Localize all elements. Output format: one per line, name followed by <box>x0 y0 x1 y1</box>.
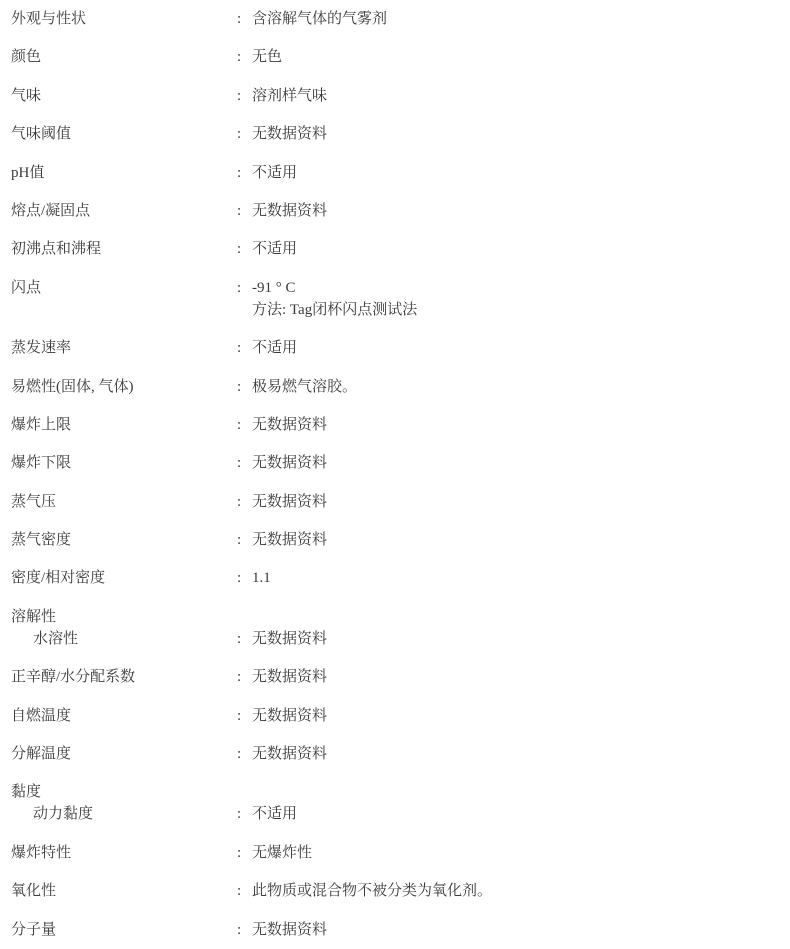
property-label: 爆炸特性 <box>11 842 237 864</box>
property-label: 蒸发速率 <box>11 337 237 359</box>
property-value: 极易燃气溶胶。 <box>252 376 780 398</box>
property-row: 外观与性状 : 含溶解气体的气雾剂 <box>11 8 780 30</box>
document-page: 外观与性状 : 含溶解气体的气雾剂 颜色 : 无色 气味 : 溶剂样气味 气味阈… <box>0 0 790 949</box>
property-label: 分子量 <box>11 919 237 941</box>
property-label: 闪点 <box>11 277 237 299</box>
colon-separator: : <box>237 567 252 589</box>
colon-separator: : <box>237 842 252 864</box>
colon-separator: : <box>237 200 252 222</box>
colon-separator: : <box>237 8 252 30</box>
property-label: 分解温度 <box>11 743 237 765</box>
property-label: 动力黏度 <box>11 803 237 825</box>
properties-list: 外观与性状 : 含溶解气体的气雾剂 颜色 : 无色 气味 : 溶剂样气味 气味阈… <box>0 0 790 941</box>
property-label: 蒸气压 <box>11 491 237 513</box>
property-value: 溶剂样气味 <box>252 85 780 107</box>
property-value: 无数据资料 <box>252 919 780 941</box>
property-row: 正辛醇/水分配系数 : 无数据资料 <box>11 666 780 688</box>
property-label: 氧化性 <box>11 880 237 902</box>
property-row: 蒸气压 : 无数据资料 <box>11 491 780 513</box>
colon-separator: : <box>237 919 252 941</box>
property-group: 溶解性 水溶性 : 无数据资料 <box>11 606 780 650</box>
colon-separator: : <box>237 628 252 650</box>
property-label: 初沸点和沸程 <box>11 238 237 260</box>
property-value: 无数据资料 <box>252 452 780 474</box>
colon-separator: : <box>237 705 252 727</box>
property-value: 含溶解气体的气雾剂 <box>252 8 780 30</box>
property-row: 爆炸特性 : 无爆炸性 <box>11 842 780 864</box>
property-value: 1.1 <box>252 567 780 589</box>
property-label: 水溶性 <box>11 628 237 650</box>
property-label: 颜色 <box>11 46 237 68</box>
colon-separator: : <box>237 46 252 68</box>
property-row: 闪点 : -91 ° C 方法: Tag闭杯闪点测试法 <box>11 277 780 321</box>
property-row: 气味 : 溶剂样气味 <box>11 85 780 107</box>
colon-separator: : <box>237 743 252 765</box>
property-row: 分子量 : 无数据资料 <box>11 919 780 941</box>
property-value: 无数据资料 <box>252 123 780 145</box>
property-row: 氧化性 : 此物质或混合物不被分类为氧化剂。 <box>11 880 780 902</box>
property-value: 无数据资料 <box>252 705 780 727</box>
property-label: 自燃温度 <box>11 705 237 727</box>
property-label: pH值 <box>11 162 237 184</box>
property-label: 蒸气密度 <box>11 529 237 551</box>
property-group: 黏度 动力黏度 : 不适用 <box>11 781 780 825</box>
property-row: 爆炸上限 : 无数据资料 <box>11 414 780 436</box>
property-value: 无数据资料 <box>252 666 780 688</box>
colon-separator: : <box>237 491 252 513</box>
property-label: 密度/相对密度 <box>11 567 237 589</box>
property-label: 外观与性状 <box>11 8 237 30</box>
property-row: 熔点/凝固点 : 无数据资料 <box>11 200 780 222</box>
colon-separator: : <box>237 376 252 398</box>
property-row: 爆炸下限 : 无数据资料 <box>11 452 780 474</box>
colon-separator: : <box>237 238 252 260</box>
property-row: 蒸气密度 : 无数据资料 <box>11 529 780 551</box>
property-value: 无数据资料 <box>252 529 780 551</box>
colon-separator: : <box>237 452 252 474</box>
property-row: 分解温度 : 无数据资料 <box>11 743 780 765</box>
property-value: 此物质或混合物不被分类为氧化剂。 <box>252 880 780 902</box>
property-value: 无数据资料 <box>252 414 780 436</box>
property-label: 易燃性(固体, 气体) <box>11 376 237 398</box>
colon-separator: : <box>237 337 252 359</box>
property-row: 水溶性 : 无数据资料 <box>11 628 780 650</box>
colon-separator: : <box>237 414 252 436</box>
property-value: 不适用 <box>252 162 780 184</box>
property-label: 正辛醇/水分配系数 <box>11 666 237 688</box>
property-row: 气味阈值 : 无数据资料 <box>11 123 780 145</box>
property-row: 自燃温度 : 无数据资料 <box>11 705 780 727</box>
colon-separator: : <box>237 666 252 688</box>
property-label: 气味阈值 <box>11 123 237 145</box>
property-row: 颜色 : 无色 <box>11 46 780 68</box>
colon-separator: : <box>237 85 252 107</box>
property-value: 无数据资料 <box>252 628 780 650</box>
property-value: 不适用 <box>252 337 780 359</box>
property-value: 无数据资料 <box>252 743 780 765</box>
colon-separator: : <box>237 803 252 825</box>
property-label: 爆炸下限 <box>11 452 237 474</box>
property-value: 无色 <box>252 46 780 68</box>
property-value: 不适用 <box>252 803 780 825</box>
colon-separator: : <box>237 880 252 902</box>
colon-separator: : <box>237 162 252 184</box>
colon-separator: : <box>237 277 252 299</box>
colon-separator: : <box>237 123 252 145</box>
property-row: 易燃性(固体, 气体) : 极易燃气溶胶。 <box>11 376 780 398</box>
property-row: 初沸点和沸程 : 不适用 <box>11 238 780 260</box>
property-row: 蒸发速率 : 不适用 <box>11 337 780 359</box>
colon-separator: : <box>237 529 252 551</box>
property-label: 爆炸上限 <box>11 414 237 436</box>
property-group-title: 溶解性 <box>11 606 780 628</box>
property-label: 熔点/凝固点 <box>11 200 237 222</box>
property-value: 无爆炸性 <box>252 842 780 864</box>
property-row: pH值 : 不适用 <box>11 162 780 184</box>
property-value: 无数据资料 <box>252 200 780 222</box>
property-value: 不适用 <box>252 238 780 260</box>
property-row: 密度/相对密度 : 1.1 <box>11 567 780 589</box>
property-row: 动力黏度 : 不适用 <box>11 803 780 825</box>
property-group-title: 黏度 <box>11 781 780 803</box>
property-label: 气味 <box>11 85 237 107</box>
property-value: 无数据资料 <box>252 491 780 513</box>
property-value: -91 ° C 方法: Tag闭杯闪点测试法 <box>252 277 780 321</box>
